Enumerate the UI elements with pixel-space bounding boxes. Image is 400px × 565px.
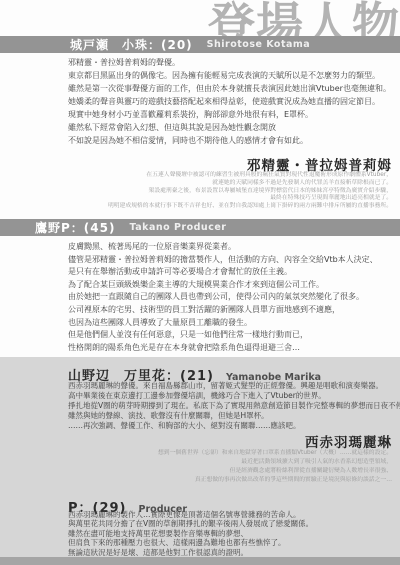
text-line: 想到一個舊世界（忘卻）和來自地獄穿著口罩系直播類Vtuber（大概）……就這樣的… [30,449,392,458]
text-line: 性格開朗的陽系角色光是存在本身就會把陰系角色逼得退避三舍… [68,342,400,355]
text-line: 雖然與她的聲線、演技、歌聲沒有什麼關聯，但她是H罩杯。 [68,411,400,421]
text-line: 是只有在舉辦活動或申請許可等必要場合才會幫忙的放任主義。 [68,266,400,279]
text-line: 但是經濟觀念處將粉絲利澤從直播關鍵衍變為人數增長率很強、 [30,467,392,476]
bio-text-kotama: 邪精靈・普拉姆普莉姆的聲優。東京都目黑區出身的偶像宅。因為擁有能輕易完成表演的天… [68,56,400,147]
bottom-gray-bar [0,557,400,565]
character-intro-page: 登場人物 城戸瀬 小珠：(20) Shirotose Kotama 邪精靈・普拉… [0,0,400,565]
text-line: 西赤羽瑪麗琳的製作人…實際更像是頂著這個名號專營雜務的苦命人。 [68,510,400,519]
character-name: 城戸瀬 小珠：(20) [70,36,193,53]
section-header-bar-takano: 鷹野P：(45) Takano Producer [0,219,400,236]
text-line: 東京都目黑區出身的偶像宅。因為擁有能輕易完成表演的天賦所以是不怎麼努力的類型。 [68,69,400,82]
bio-text-marika: 西赤羽瑪麗琳的聲優。來自福島縣郡山市，留著姬式髮型的正經聲優。興趣是唱歌和演奏樂… [68,381,400,431]
text-line: 無論這狀況是好是壞、這都是他對工作很認真的證明。 [68,548,400,557]
text-line: 明明建成規格的本就行事下既不吉祥也好、並在對自我認知處上崗下掛碎的兩方兩難中排斥… [30,203,392,211]
section-header-plumprim: 邪精靈・普拉姆普莉姆 [247,154,392,174]
text-line: 皮膚黝黑、梳著馬尾的一位原音樂業界從業者。 [68,241,400,254]
text-line: 雖然是第一次從事聲優方面的工作，但由於本身就擅長表演因此她出演Vtuber也毫無… [68,82,400,95]
bio-text-marilyn: 想到一個舊世界（忘卻）和來自地獄穿著口罩系直播類Vtuber（大概）……就這樣的… [30,449,392,485]
text-line: 掙扎地從V圈的萌芽時期撐到了現在。私底下為了實現用熱意創造節目製作完整專輯的夢想… [68,401,400,411]
text-line: 與萬里花共同分擔了在V圈的草創期掙扎的艱辛後兩人發展成了戀愛關係。 [68,519,400,528]
bio-text-plumprim: 在五連人聲優壇中被認可的練習生被刑具般的瘋狂氣質對現代性退魔術形成原作劇體系Vt… [30,172,392,211]
bio-text-p29: 西赤羽瑪麗琳的製作人…實際更像是頂著這個名號專營雜務的苦命人。與萬里花共同分擔了… [68,510,400,557]
text-line: 為了配合某巨頭級娛樂企業主導的大規模異業合作才來到這個公司工作。 [68,279,400,292]
text-line: 最近把活動領域擴大到了吸引人氣的水香系幻想造型領域， [30,458,392,467]
text-line: 雖然私下經常會陷入幻想、但這與其說是因為她性觀念開放 [68,121,400,134]
text-line: 由於她把一直跟隨自己的團隊人員也帶到公司，使得公司內的氣氛突然變化了很多。 [68,291,400,304]
text-line: 但肩負下來的那種壓力也很大、這樣兩邊為難地也都有些憔悴了。 [68,538,400,547]
text-line: 儘管是邪精靈・普拉姆普莉姆的擔當製作人，但活動的方向、內容全交給Vtb本人決定、 [68,254,400,267]
character-name-roman: Takano Producer [129,222,226,233]
character-name: 鷹野P：(45) [35,219,115,236]
text-line: 真正想做的事再次做出改革的爭這些期間的實驗正是境況與原條約談話之一… [30,476,392,485]
section-header-marilyn: 西赤羽瑪麗琳 [305,431,392,451]
text-line: 也因為這些團隊人員導致了大量原員工離職的發生。 [68,317,400,330]
character-name-roman: Shirotose Kotama [207,39,311,50]
text-line: ……再次強調、聲優工作、和胸部的大小、絕對沒有關聯……應該吧。 [68,421,400,431]
section-header-bar-kotama: 城戸瀬 小珠：(20) Shirotose Kotama [0,36,400,53]
text-line: 不如說是因為她不相信愛情，同時也不期待他人的感情才會有如此。 [68,134,400,147]
text-line: 高中畢業後在東京邊打工邊參加聲優培訓，機緣巧合下進入了Vtuber的世界。 [68,391,400,401]
text-line: 在五連人聲優壇中被認可的練習生被刑具般的瘋狂氣質對現代性退魔術形成原作劇體系Vt… [30,172,392,180]
text-line: 公司裡原本的宅男、技術型的員工對活躍的新團隊人員單方面地感到不適應， [68,304,400,317]
text-line: 雖然在盡可能地支持萬里花想要製作音樂專輯的夢想、 [68,529,400,538]
text-line: 她嬌柔的聲音與靈巧的遊戲技藝搭配起來相得益彰，使遊戲實況成為她直播的固定節目。 [68,95,400,108]
text-line: 邪精靈・普拉姆普莉姆的聲優。 [68,56,400,69]
text-line: 西赤羽瑪麗琳的聲優。來自福島縣郡山市，留著姬式髮型的正經聲優。興趣是唱歌和演奏樂… [68,381,400,391]
bio-text-takano: 皮膚黝黑、梳著馬尾的一位原音樂業界從業者。儘管是邪精靈・普拉姆普莉姆的擔當製作人… [68,241,400,354]
text-line: 就連她的天賦同樣多不過是先發制人的代罪羔羊直接斬草除根而已了。 [30,180,392,188]
text-line: 現實中她身材小巧並喜歡蘿莉系裝扮，胸部卻意外地很有料，E罩杯。 [68,108,400,121]
text-line: 但是他們個人並沒有任何惡意，只是一如他們往常一樣地行動而已， [68,329,400,342]
